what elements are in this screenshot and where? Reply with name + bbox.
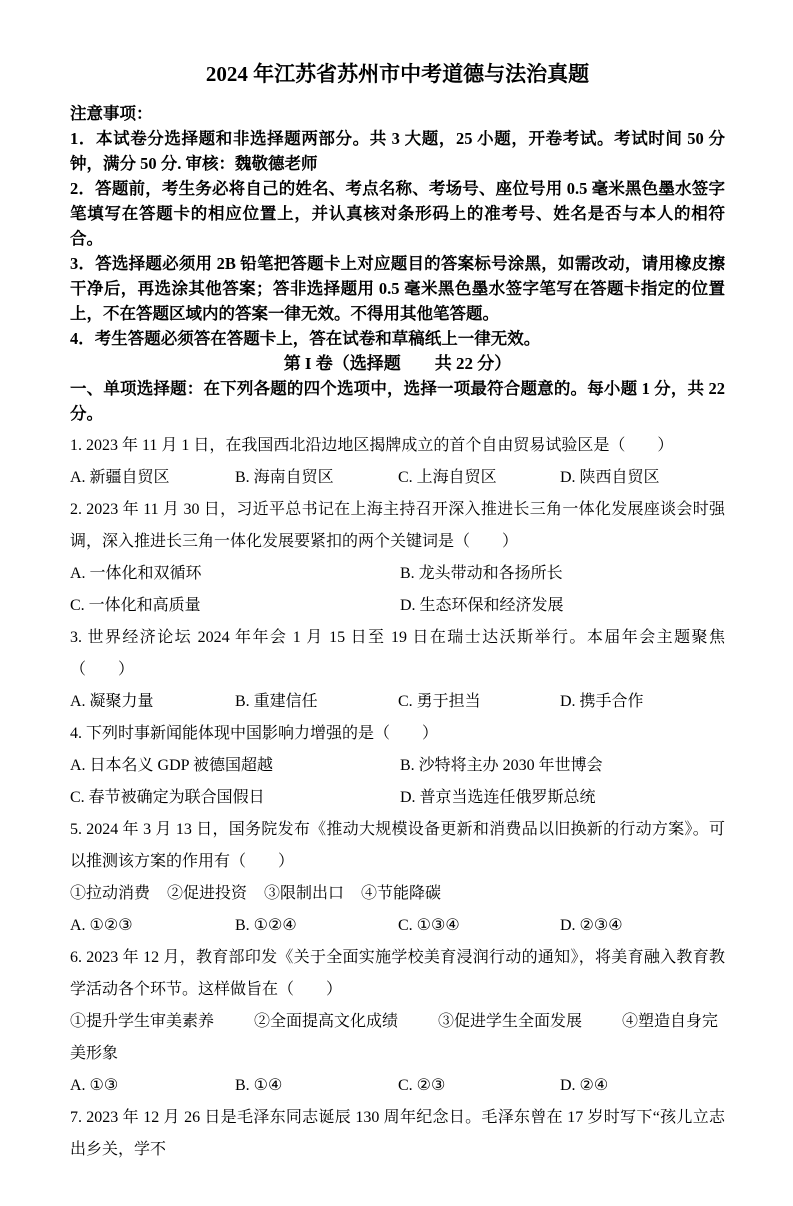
question-3-option-B: B. 重建信任 (235, 686, 398, 718)
question-2-stem: 2. 2023 年 11 月 30 日，习近平总书记在上海主持召开深入推进长三角… (70, 494, 725, 558)
question-1: 1. 2023 年 11 月 1 日，在我国西北沿边地区揭牌成立的首个自由贸易试… (70, 430, 725, 494)
question-5-stem: 5. 2024 年 3 月 13 日，国务院发布《推动大规模设备更新和消费品以旧… (70, 814, 725, 878)
question-3-option-D: D. 携手合作 (560, 686, 725, 718)
notice-section: 注意事项： 1．本试卷分选择题和非选择题两部分。共 3 大题，25 小题，开卷考… (70, 101, 725, 351)
page-title: 2024 年江苏省苏州市中考道德与法治真题 (70, 60, 725, 88)
question-5-option-B: B. ①②④ (235, 910, 398, 942)
question-6-option-C: C. ②③ (398, 1070, 560, 1102)
question-5-option-D: D. ②③④ (560, 910, 725, 942)
question-6-stem: 6. 2023 年 12 月，教育部印发《关于全面实施学校美育浸润行动的通知》，… (70, 942, 725, 1006)
question-3-option-C: C. 勇于担当 (398, 686, 560, 718)
question-6-option-B: B. ①④ (235, 1070, 398, 1102)
notice-item-1: 1．本试卷分选择题和非选择题两部分。共 3 大题，25 小题，开卷考试。考试时间… (70, 126, 725, 176)
part-header: 一、单项选择题：在下列各题的四个选项中，选择一项最符合题意的。每小题 1 分，共… (70, 376, 725, 426)
question-5: 5. 2024 年 3 月 13 日，国务院发布《推动大规模设备更新和消费品以旧… (70, 814, 725, 942)
question-1-option-D: D. 陕西自贸区 (560, 462, 725, 494)
question-5-subitems: ①拉动消费②促进投资③限制出口④节能降碳 (70, 878, 725, 910)
question-2-option-D: D. 生态环保和经济发展 (400, 590, 725, 622)
question-6-options: A. ①③B. ①④C. ②③D. ②④ (70, 1070, 725, 1102)
question-2: 2. 2023 年 11 月 30 日，习近平总书记在上海主持召开深入推进长三角… (70, 494, 725, 622)
notice-heading: 注意事项： (70, 101, 725, 126)
question-6: 6. 2023 年 12 月，教育部印发《关于全面实施学校美育浸润行动的通知》，… (70, 942, 725, 1102)
question-5-option-A: A. ①②③ (70, 910, 235, 942)
question-5-subitem-1: ①拉动消费 (70, 885, 150, 902)
question-5-subitem-4: ④节能降碳 (361, 885, 441, 902)
notice-item-2: 2．答题前，考生务必将自己的姓名、考点名称、考场号、座位号用 0.5 毫米黑色墨… (70, 176, 725, 251)
question-1-stem: 1. 2023 年 11 月 1 日，在我国西北沿边地区揭牌成立的首个自由贸易试… (70, 430, 725, 462)
question-6-option-A: A. ①③ (70, 1070, 235, 1102)
question-1-option-B: B. 海南自贸区 (235, 462, 398, 494)
question-2-option-C: C. 一体化和高质量 (70, 590, 400, 622)
question-4-options: A. 日本名义 GDP 被德国超越B. 沙特将主办 2030 年世博会C. 春节… (70, 750, 725, 814)
question-5-subitem-3: ③限制出口 (264, 885, 344, 902)
question-3-stem: 3. 世界经济论坛 2024 年年会 1 月 15 日至 19 日在瑞士达沃斯举… (70, 622, 725, 686)
question-1-option-A: A. 新疆自贸区 (70, 462, 235, 494)
question-4-option-B: B. 沙特将主办 2030 年世博会 (400, 750, 725, 782)
notice-item-4: 4．考生答题必须答在答题卡上，答在试卷和草稿纸上一律无效。 (70, 326, 725, 351)
question-4: 4. 下列时事新闻能体现中国影响力增强的是（ ）A. 日本名义 GDP 被德国超… (70, 718, 725, 814)
question-5-subitem-2: ②促进投资 (167, 885, 247, 902)
question-1-options: A. 新疆自贸区B. 海南自贸区C. 上海自贸区D. 陕西自贸区 (70, 462, 725, 494)
question-4-option-D: D. 普京当选连任俄罗斯总统 (400, 782, 725, 814)
question-6-subitem-2: ②全面提高文化成绩 (254, 1013, 398, 1030)
question-7-stem: 7. 2023 年 12 月 26 日是毛泽东同志诞辰 130 周年纪念日。毛泽… (70, 1102, 725, 1166)
exam-document-page: 2024 年江苏省苏州市中考道德与法治真题 注意事项： 1．本试卷分选择题和非选… (0, 0, 793, 1206)
question-6-subitem-3: ③促进学生全面发展 (438, 1013, 582, 1030)
section-header: 第 I 卷（选择题 共 22 分） (70, 351, 725, 376)
question-5-option-C: C. ①③④ (398, 910, 560, 942)
notice-item-3: 3．答选择题必须用 2B 铅笔把答题卡上对应题目的答案标号涂黑，如需改动，请用橡… (70, 251, 725, 326)
question-6-subitems: ①提升学生审美素养②全面提高文化成绩③促进学生全面发展④塑造自身完美形象 (70, 1006, 725, 1070)
question-3-options: A. 凝聚力量B. 重建信任C. 勇于担当D. 携手合作 (70, 686, 725, 718)
question-3-option-A: A. 凝聚力量 (70, 686, 235, 718)
question-4-option-A: A. 日本名义 GDP 被德国超越 (70, 750, 400, 782)
question-3: 3. 世界经济论坛 2024 年年会 1 月 15 日至 19 日在瑞士达沃斯举… (70, 622, 725, 718)
question-2-option-B: B. 龙头带动和各扬所长 (400, 558, 725, 590)
question-2-option-A: A. 一体化和双循环 (70, 558, 400, 590)
question-5-options: A. ①②③B. ①②④C. ①③④D. ②③④ (70, 910, 725, 942)
question-4-option-C: C. 春节被确定为联合国假日 (70, 782, 400, 814)
question-7: 7. 2023 年 12 月 26 日是毛泽东同志诞辰 130 周年纪念日。毛泽… (70, 1102, 725, 1166)
questions-container: 1. 2023 年 11 月 1 日，在我国西北沿边地区揭牌成立的首个自由贸易试… (70, 430, 725, 1166)
question-6-option-D: D. ②④ (560, 1070, 725, 1102)
question-2-options: A. 一体化和双循环B. 龙头带动和各扬所长C. 一体化和高质量D. 生态环保和… (70, 558, 725, 622)
question-6-subitem-1: ①提升学生审美素养 (70, 1013, 214, 1030)
question-4-stem: 4. 下列时事新闻能体现中国影响力增强的是（ ） (70, 718, 725, 750)
question-1-option-C: C. 上海自贸区 (398, 462, 560, 494)
